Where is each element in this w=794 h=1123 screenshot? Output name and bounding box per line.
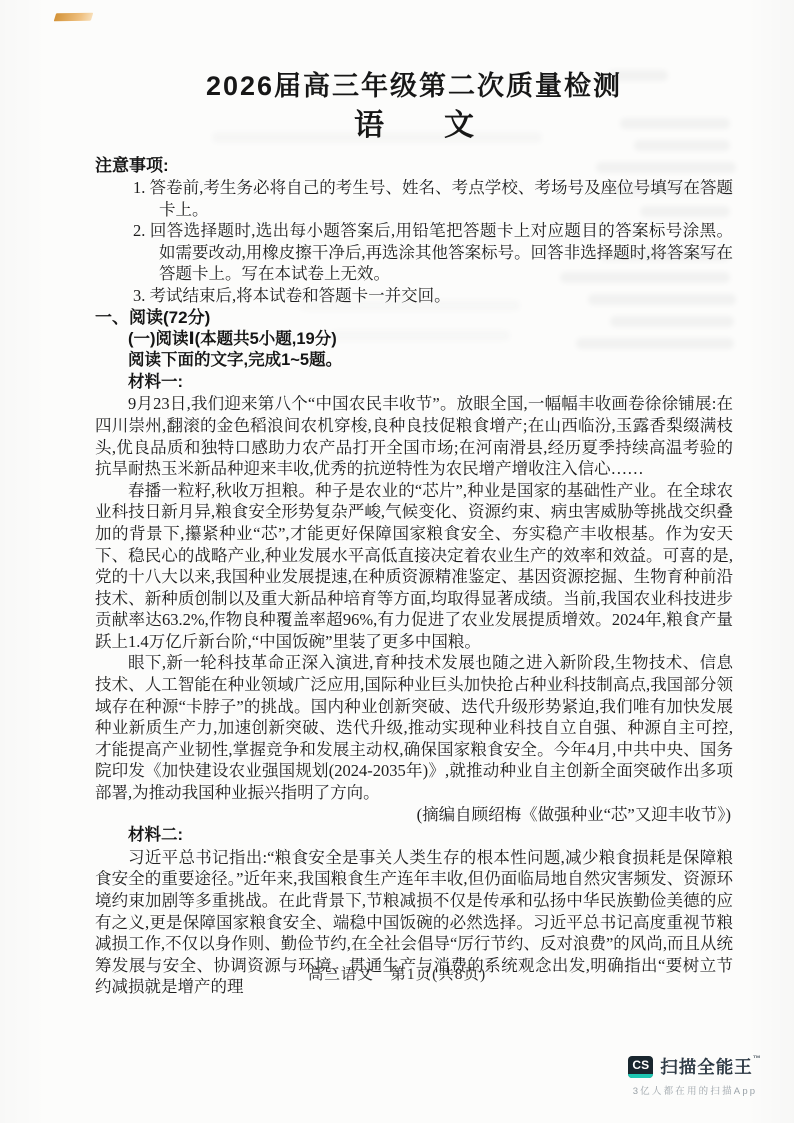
material1-paragraph-2: 春播一粒籽,秋收万担粮。种子是农业的“芯片”,种业是国家的基础性产业。在全球农业…	[95, 480, 733, 653]
notice-item-1: 1. 答卷前,考生务必将自己的考生号、姓名、考点学校、考场号及座位号填写在答题卡…	[95, 177, 733, 220]
material1-label: 材料一:	[95, 372, 733, 394]
notice-item-3: 3. 考试结束后,将本试卷和答题卡一并交回。	[95, 285, 733, 307]
camscanner-brand: 扫描全能王™	[660, 1054, 762, 1079]
camscanner-logo-icon: CS	[628, 1056, 653, 1078]
orange-scan-artifact	[54, 13, 94, 22]
material1-paragraph-3: 眼下,新一轮科技革命正深入演进,育种技术发展也随之进入新阶段,生物技术、信息技术…	[95, 652, 733, 803]
trademark-symbol: ™	[753, 1054, 762, 1063]
page-content: 2026届高三年级第二次质量检测 语 文 注意事项: 1. 答卷前,考生务必将自…	[95, 60, 733, 998]
material1-paragraph-1: 9月23日,我们迎来第八个“中国农民丰收节”。放眼全国,一幅幅丰收画卷徐徐铺展:…	[95, 393, 733, 479]
reading-instruction: 阅读下面的文字,完成1~5题。	[95, 350, 733, 372]
scanned-exam-page: 2026届高三年级第二次质量检测 语 文 注意事项: 1. 答卷前,考生务必将自…	[0, 0, 794, 1123]
page-number-footer: 高三语文 第1页(共8页)	[0, 962, 794, 984]
camscanner-watermark-row: CS 扫描全能王™	[610, 1054, 780, 1079]
notice-item-2: 2. 回答选择题时,选出每小题答案后,用铅笔把答题卡上对应题目的答案标号涂黑。如…	[95, 220, 733, 285]
camscanner-watermark: CS 扫描全能王™ 3亿人都在用的扫描App	[610, 1054, 780, 1097]
camscanner-tagline: 3亿人都在用的扫描App	[610, 1083, 780, 1097]
section-subheading-reading-1: (一)阅读Ⅰ(本题共5小题,19分)	[95, 329, 733, 351]
notice-heading: 注意事项:	[95, 155, 733, 177]
material2-label: 材料二:	[95, 825, 733, 847]
section-heading-reading: 一、阅读(72分)	[95, 307, 733, 329]
exam-title: 2026届高三年级第二次质量检测	[95, 68, 733, 104]
material1-attribution: (摘编自顾绍梅《做强种业“芯”又迎丰收节》)	[95, 804, 733, 826]
camscanner-brand-text: 扫描全能王	[660, 1057, 753, 1077]
exam-subject: 语 文	[95, 106, 733, 146]
